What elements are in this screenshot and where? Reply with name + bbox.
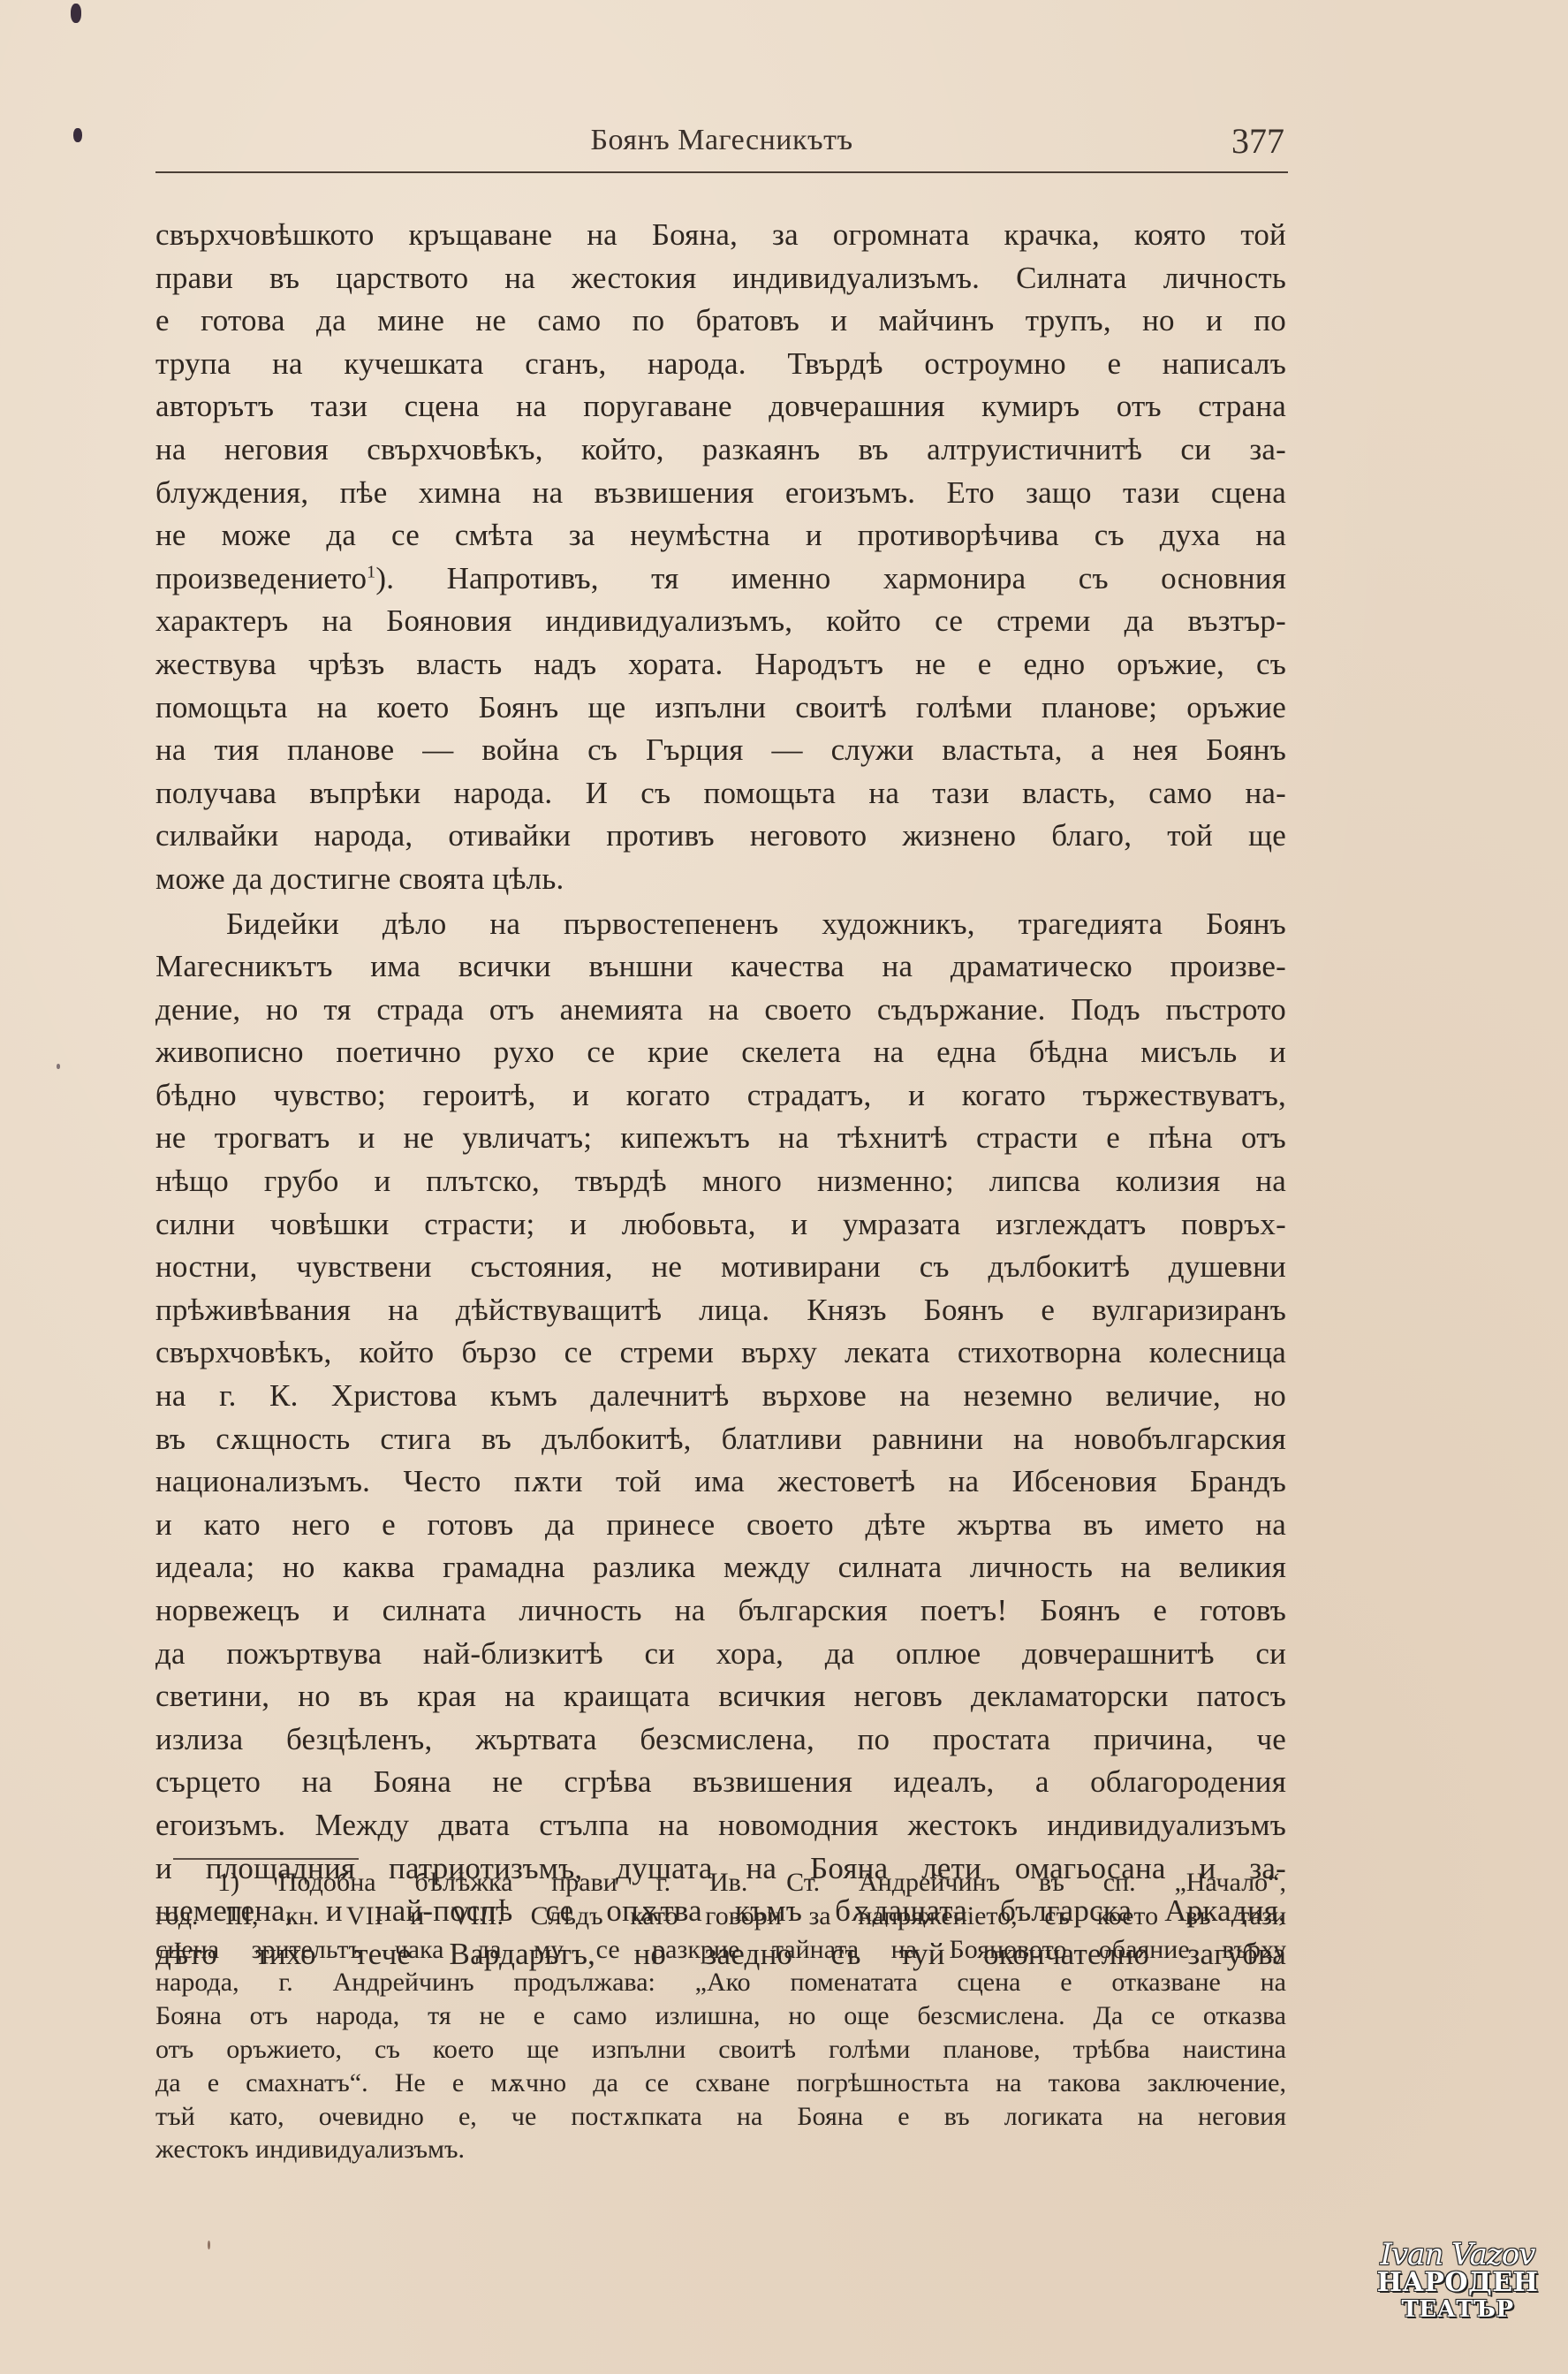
text-line: свърхчовѣкъ, който бързо се стреми върху… — [155, 1331, 1286, 1375]
text-line: блуждения, пѣе химна на възвишения егоиз… — [155, 472, 1286, 515]
text-line: на г. К. Христова къмъ далечнитѣ върхове… — [155, 1375, 1286, 1418]
text-line: дение, но тя страда отъ анемията на свое… — [155, 989, 1286, 1032]
footnote-line: отъ оръжието, съ което ще изпълни своитѣ… — [155, 2033, 1286, 2067]
text-line: помощьта на което Боянъ ще изпълни своит… — [155, 686, 1286, 730]
text-line: не може да се смѣта за неумѣстна и проти… — [155, 514, 1286, 557]
text-line: и като него е готовъ да принесе своето д… — [155, 1504, 1286, 1547]
ink-speck — [73, 128, 82, 142]
text-line: да пожъртвува най-близкитѣ си хора, да о… — [155, 1633, 1286, 1676]
text-line: светини, но въ края на краищата всичкия … — [155, 1675, 1286, 1718]
text-line: е готова да мине не само по братовъ и ма… — [155, 300, 1286, 343]
footnote-line: год. III, кн. VII и VIII. Слѣдъ като гов… — [155, 1900, 1286, 1933]
text-line: трупа на кучешката сганъ, народа. Твърдѣ… — [155, 343, 1286, 386]
text-line: прѣживѣвания на дѣйствуващитѣ лица. Княз… — [155, 1289, 1286, 1332]
text-line: силвайки народа, отивайки противъ негово… — [155, 815, 1286, 858]
theatre-logo-watermark: Ivan Vazov НАРОДЕН ТЕАТЪР — [1374, 2240, 1541, 2337]
text-line: силни човѣшки страсти; и любовьта, и умр… — [155, 1203, 1286, 1247]
footnote-line: сцена зрительтъ чака да му се разкрие та… — [155, 1933, 1286, 1967]
paragraph-2: Бидейки дѣло на първостепененъ художникъ… — [155, 903, 1286, 1976]
text-fragment: произведението — [155, 561, 367, 595]
text-line: нѣщо грубо и плътско, твърдѣ много низме… — [155, 1160, 1286, 1203]
text-line: Магесникътъ има всички външни качества н… — [155, 945, 1286, 989]
footnote-line: тъй като, очевидно е, че постѫпката на Б… — [155, 2100, 1286, 2134]
footnote-reference[interactable]: 1 — [367, 562, 375, 581]
text-line: въ сѫщность стига въ дълбокитѣ, блатливи… — [155, 1418, 1286, 1461]
text-line: жествува чрѣзъ власть надъ хората. Народ… — [155, 643, 1286, 686]
footnote-line: 1) Подобна бѣлѣжка прави г. Ив. Ст. Андр… — [155, 1866, 1286, 1900]
scanned-page: Боянъ Магесникътъ 377 свърхчовѣшкото кръ… — [0, 0, 1568, 2374]
text-line: характеръ на Бояновия индивидуализъмъ, к… — [155, 600, 1286, 643]
footnote-line: Бояна отъ народа, тя не е само излишна, … — [155, 1999, 1286, 2033]
ink-speck — [71, 4, 81, 23]
body-text: свърхчовѣшкото кръщаване на Бояна, за ог… — [155, 214, 1286, 1976]
text-line: ностни, чувствени състояния, не мотивира… — [155, 1246, 1286, 1289]
text-line: национализъмъ. Често пѫти той има жестов… — [155, 1460, 1286, 1504]
text-fragment: Подобна бѣлѣжка прави г. Ив. Ст. Андрейч… — [278, 1868, 1286, 1897]
text-line: живописно поетично рухо се крие скелета … — [155, 1031, 1286, 1074]
footnote-line: да е смахнатъ“. Не е мѫчно да се схване … — [155, 2067, 1286, 2100]
text-line: произведението1). Напротивъ, тя именно х… — [155, 557, 1286, 601]
footnote-line: жестокъ индивидуализъмъ. — [155, 2133, 1286, 2166]
page-number: 377 — [1231, 120, 1284, 162]
text-line: бѣдно чувство; героитѣ, и когато страдат… — [155, 1074, 1286, 1118]
text-line: авторътъ тази сцена на поругаване довчер… — [155, 385, 1286, 429]
text-line: на неговия свърхчовѣкъ, който, разкаянъ … — [155, 429, 1286, 472]
footnote-marker: 1) — [217, 1868, 239, 1897]
text-line: сърцето на Бояна не сгрѣва възвишения ид… — [155, 1761, 1286, 1804]
text-line: на тия планове — война съ Гърция — служи… — [155, 729, 1286, 772]
logo-line-2: ТЕАТЪР — [1374, 2296, 1541, 2323]
header-rule — [155, 171, 1288, 173]
text-line: свърхчовѣшкото кръщаване на Бояна, за ог… — [155, 214, 1286, 257]
ink-speck — [57, 1064, 60, 1069]
footnote-line: народа, г. Андрейчинъ продължава: „Ако п… — [155, 1966, 1286, 1999]
text-line: може да достигне своята цѣль. — [155, 858, 1286, 901]
paragraph-1: свърхчовѣшкото кръщаване на Бояна, за ог… — [155, 214, 1286, 901]
text-line: Бидейки дѣло на първостепененъ художникъ… — [155, 903, 1286, 946]
logo-signature: Ivan Vazov — [1374, 2240, 1541, 2270]
logo-line-1: НАРОДЕН — [1374, 2270, 1541, 2296]
ink-speck — [208, 2241, 210, 2249]
text-line: норвежецъ и силната личность на българск… — [155, 1589, 1286, 1633]
text-line: излиза безцѣленъ, жъртвата безсмислена, … — [155, 1718, 1286, 1762]
text-line: егоизъмъ. Между двата стълпа на новомодн… — [155, 1804, 1286, 1847]
text-line: прави въ царството на жестокия индивидуа… — [155, 257, 1286, 300]
text-fragment: ). Напротивъ, тя именно хармонира съ осн… — [375, 561, 1286, 595]
footnote-rule — [173, 1858, 359, 1860]
text-line: не трогватъ и не увличатъ; кипежътъ на т… — [155, 1117, 1286, 1160]
text-line: получава въпрѣки народа. И съ помощьта н… — [155, 772, 1286, 815]
running-title: Боянъ Магесникътъ — [155, 124, 1288, 157]
text-line: идеала; но каква грамадна разлика между … — [155, 1546, 1286, 1589]
page-header: Боянъ Магесникътъ 377 — [155, 120, 1288, 170]
footnote: 1) Подобна бѣлѣжка прави г. Ив. Ст. Андр… — [155, 1866, 1286, 2166]
